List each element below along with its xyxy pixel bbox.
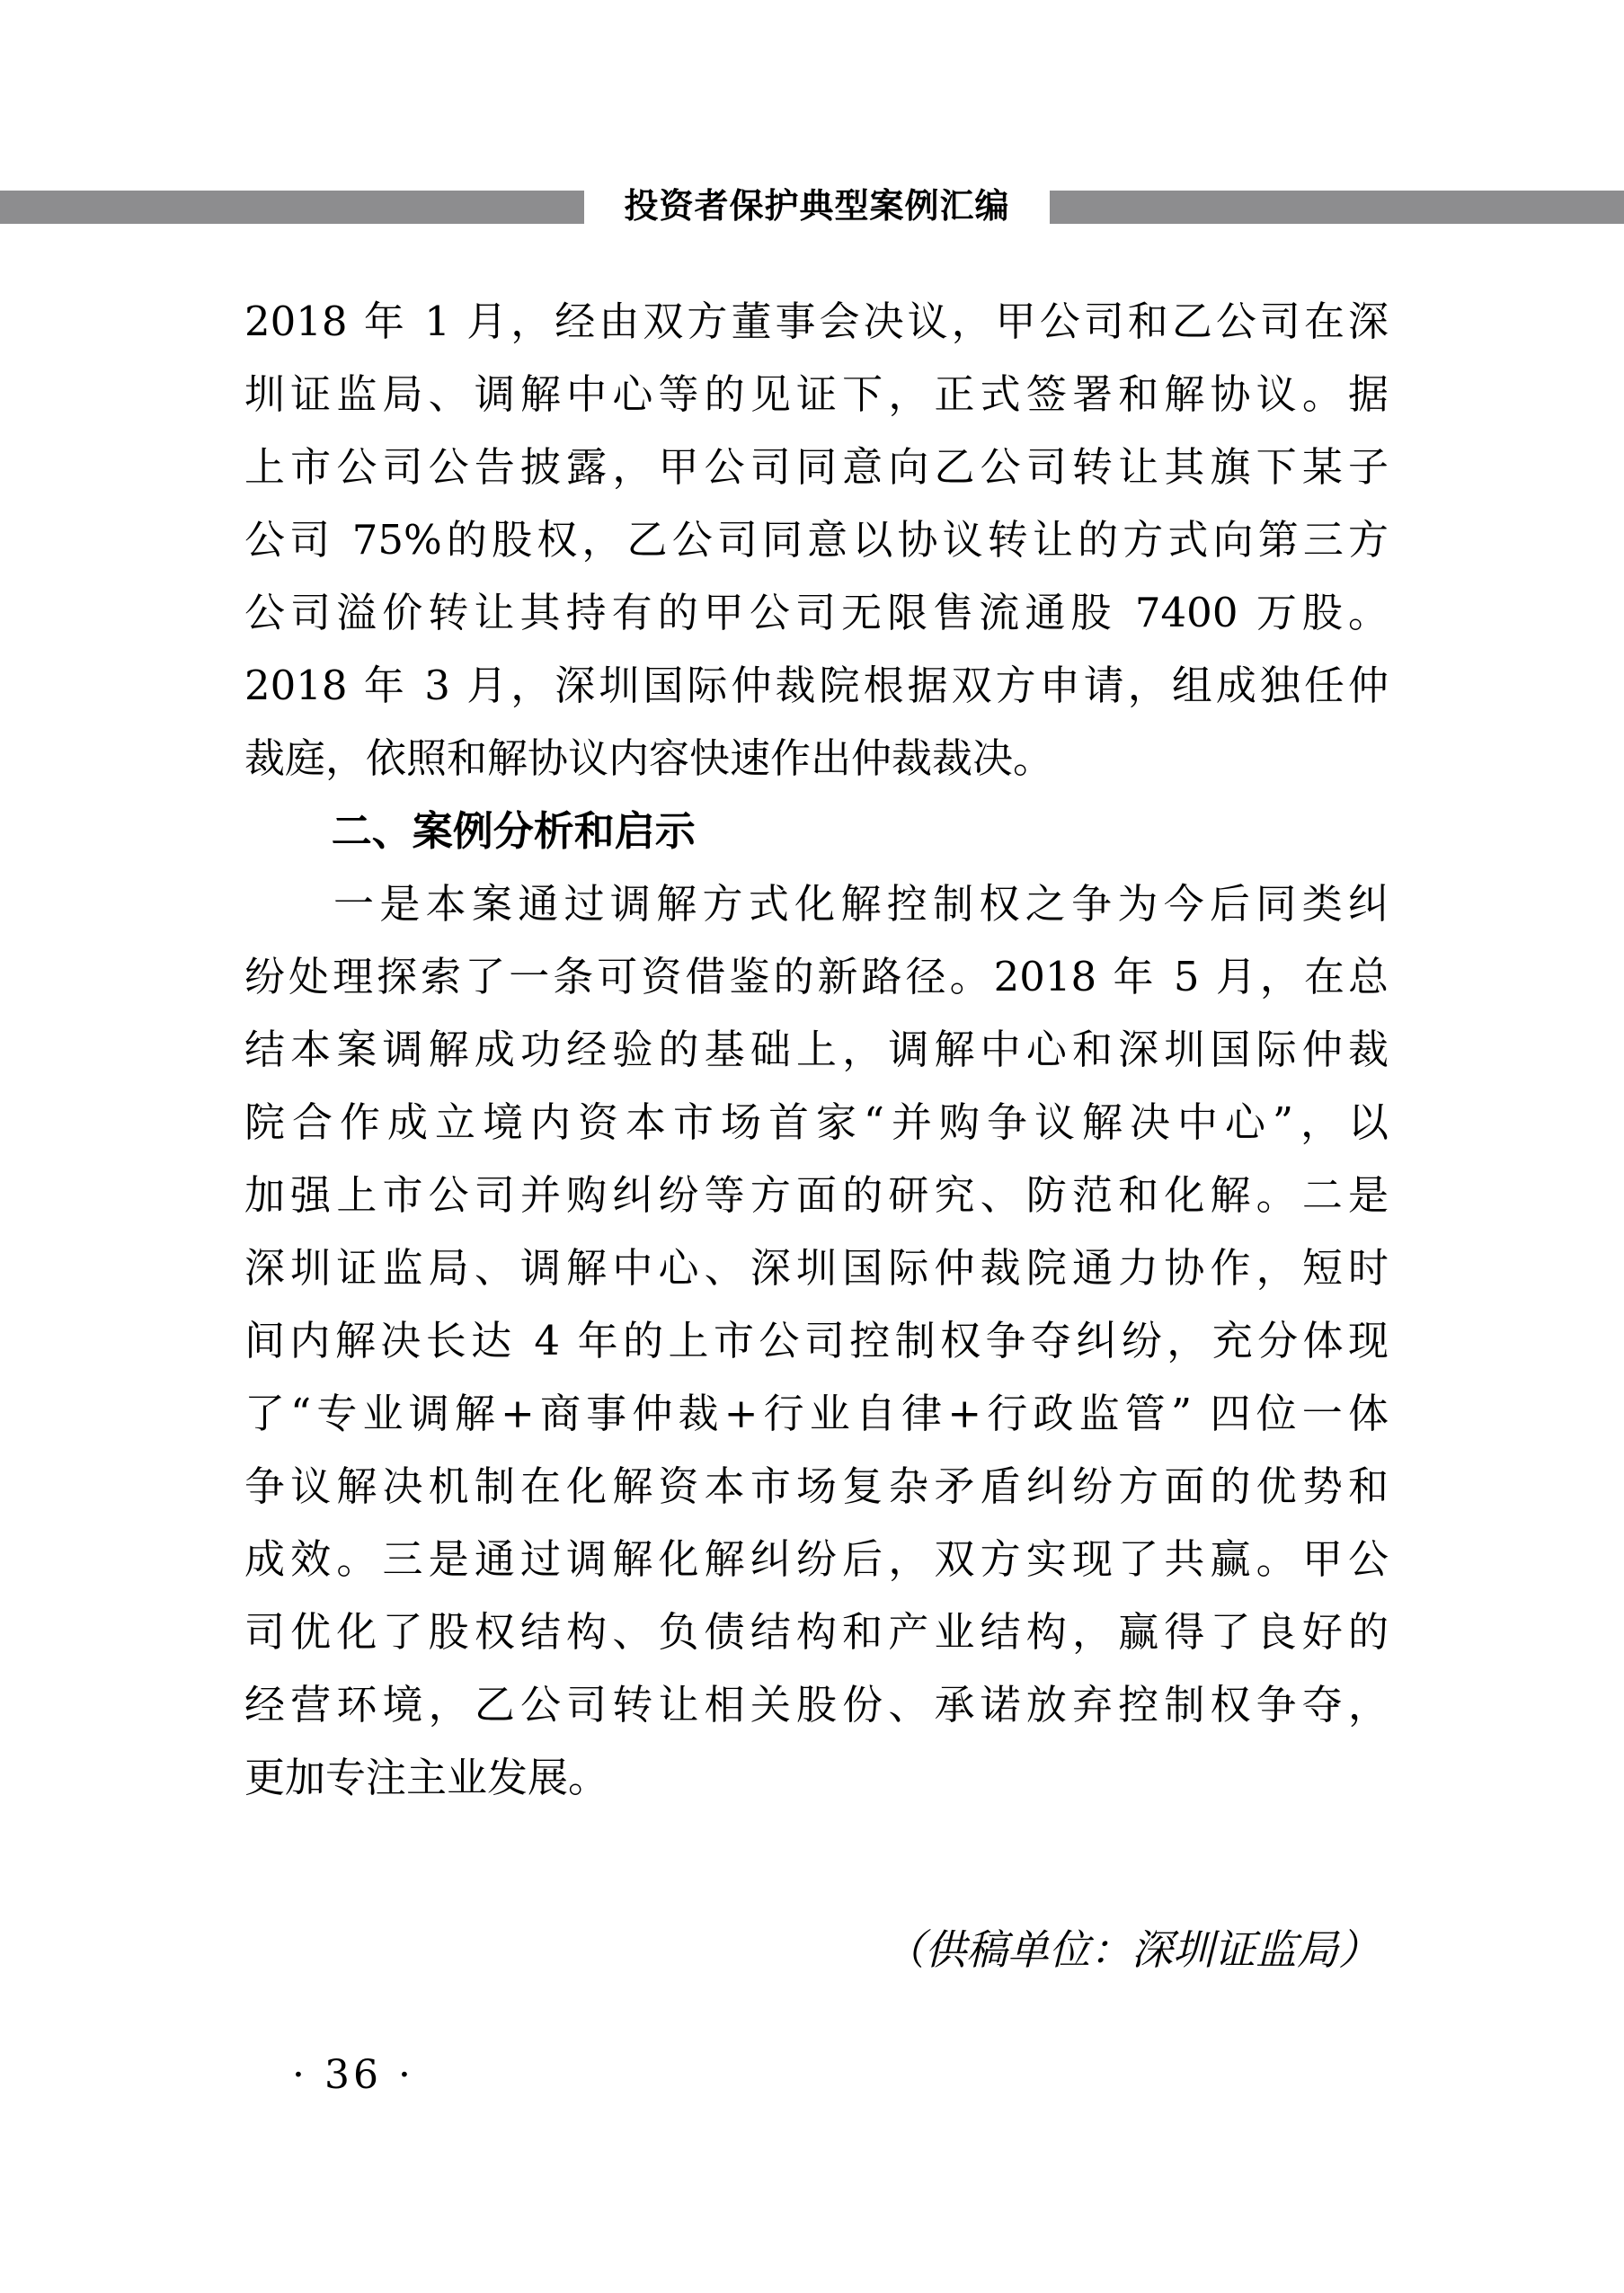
paragraph-line: 院合作成立境内资本市场首家“并购争议解决中心”，以 [244,1086,1389,1159]
source-attribution: （供稿单位：深圳证监局） [883,1923,1380,1977]
paragraph-line: 裁庭，依照和解协议内容快速作出仲裁裁决。 [244,722,1389,795]
paragraph-line: 更加专注主业发展。 [244,1741,1389,1814]
paragraph-line: 了“专业调解+商事仲裁+行业自律+行政监管” 四位一体 [244,1377,1389,1450]
section-heading: 二、案例分析和启示 [244,795,1389,867]
running-head-title: 投资者保护典型案例汇编 [584,182,1050,229]
paragraph-line: 纷处理探索了一条可资借鉴的新路径。2018 年 5 月，在总 [244,940,1389,1013]
header-rule-right [1050,191,1624,224]
book-page: 投资者保护典型案例汇编 2018 年 1 月，经由双方董事会决议，甲公司和乙公司… [0,0,1624,2293]
paragraph-line: 加强上市公司并购纠纷等方面的研究、防范和化解。二是 [244,1159,1389,1231]
paragraph-line: 深圳证监局、调解中心、深圳国际仲裁院通力协作，短时 [244,1231,1389,1304]
paragraph-line: 间内解决长达 4 年的上市公司控制权争夺纠纷，充分体现 [244,1304,1389,1377]
paragraph-line: 2018 年 1 月，经由双方董事会决议，甲公司和乙公司在深 [244,285,1389,358]
paragraph-line: 公司 75%的股权，乙公司同意以协议转让的方式向第三方 [244,503,1389,576]
paragraph-line: 经营环境，乙公司转让相关股份、承诺放弃控制权争夺， [244,1668,1389,1741]
paragraph-line: 公司溢价转让其持有的甲公司无限售流通股 7400 万股。 [244,576,1389,649]
paragraph-line: 成效。三是通过调解化解纠纷后，双方实现了共赢。甲公 [244,1523,1389,1595]
paragraph-line: 2018 年 3 月，深圳国际仲裁院根据双方申请，组成独任仲 [244,649,1389,722]
body-text: 2018 年 1 月，经由双方董事会决议，甲公司和乙公司在深 圳证监局、调解中心… [244,285,1389,1814]
paragraph-line: 一是本案通过调解方式化解控制权之争为今后同类纠 [244,867,1389,940]
header-rule-left [0,191,584,224]
page-number: · 36 · [292,2050,414,2101]
paragraph-line: 争议解决机制在化解资本市场复杂矛盾纠纷方面的优势和 [244,1450,1389,1523]
paragraph-line: 司优化了股权结构、负债结构和产业结构，赢得了良好的 [244,1595,1389,1668]
paragraph-line: 结本案调解成功经验的基础上，调解中心和深圳国际仲裁 [244,1013,1389,1086]
paragraph-line: 圳证监局、调解中心等的见证下，正式签署和解协议。据 [244,358,1389,431]
paragraph-line: 上市公司公告披露，甲公司同意向乙公司转让其旗下某子 [244,431,1389,503]
